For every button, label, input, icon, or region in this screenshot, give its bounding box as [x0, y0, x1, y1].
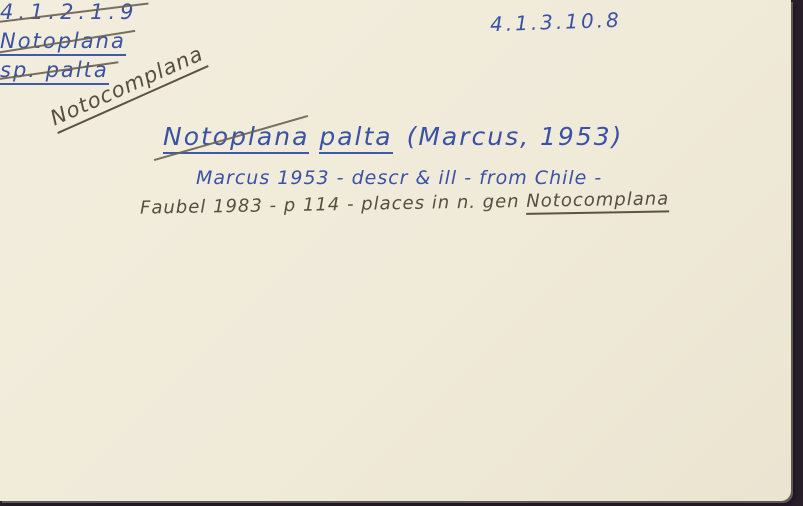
old-species: sp. palta [0, 58, 109, 82]
title-species-text: palta [319, 122, 392, 154]
scan-backdrop: 4.1.3.10.8 4.1.2.1.9 Notoplana sp. palta… [0, 0, 803, 506]
note-faubel-genus: Notocomplana [526, 188, 669, 214]
species-title-line: Notoplana palta (Marcus, 1953) [163, 122, 623, 151]
note-faubel-text: Faubel 1983 - p 114 - places in n. gen [140, 191, 527, 219]
old-identification-block: 4.1.2.1.9 Notoplana sp. palta [0, 0, 791, 82]
title-genus: Notoplana [163, 122, 319, 151]
old-genus: Notoplana [0, 29, 126, 53]
note-faubel-1983: Faubel 1983 - p 114 - places in n. gen N… [140, 188, 670, 218]
catalog-code-current: 4.1.3.10.8 [490, 8, 623, 37]
catalog-code-old: 4.1.2.1.9 [0, 0, 139, 24]
index-card: 4.1.3.10.8 4.1.2.1.9 Notoplana sp. palta… [0, 0, 791, 501]
note-marcus-1953: Marcus 1953 - descr & ill - from Chile - [196, 167, 602, 189]
title-author-text: (Marcus, 1953) [407, 122, 624, 151]
